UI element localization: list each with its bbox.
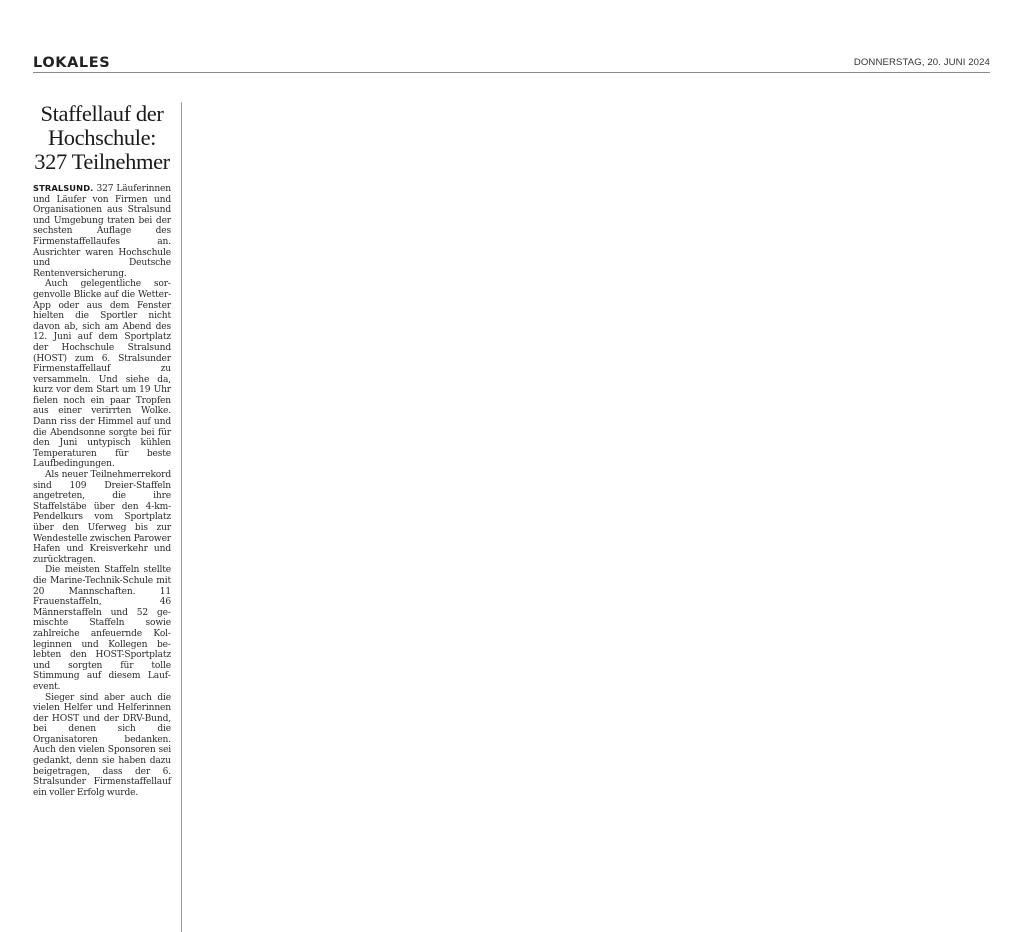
issue-date: DONNERSTAG, 20. JUNI 2024 (854, 57, 990, 69)
article-body: STRALSUND. 327 Läuferin­nen und Läufer v… (33, 183, 171, 798)
article-paragraph: Als neuer Teilnehmerre­kord sind 109 Dre… (33, 470, 171, 565)
article-headline: Staffellauf der Hochschule: 327 Teilnehm… (33, 102, 171, 174)
headline-line-3: 327 Teilnehmer (34, 149, 170, 174)
article-paragraph: Die meisten Staffeln stellte die Marine-… (33, 565, 171, 692)
page-header: LOKALES DONNERSTAG, 20. JUNI 2024 (33, 54, 990, 73)
headline-line-2: Hochschule: (48, 125, 156, 150)
section-title: LOKALES (33, 54, 110, 72)
column-divider (181, 102, 182, 932)
article-paragraph: Auch gelegentliche sor­genvolle Blicke a… (33, 279, 171, 470)
dateline-location: STRALSUND. (33, 183, 93, 193)
headline-line-1: Staffellauf der (41, 101, 164, 126)
article: Staffellauf der Hochschule: 327 Teilnehm… (33, 102, 171, 798)
paragraph-text: 327 Läuferin­nen und Läufer von Firmen u… (33, 184, 171, 279)
article-paragraph: Sieger sind aber auch die vielen Helfer … (33, 693, 171, 799)
article-paragraph: STRALSUND. 327 Läuferin­nen und Läufer v… (33, 183, 171, 279)
